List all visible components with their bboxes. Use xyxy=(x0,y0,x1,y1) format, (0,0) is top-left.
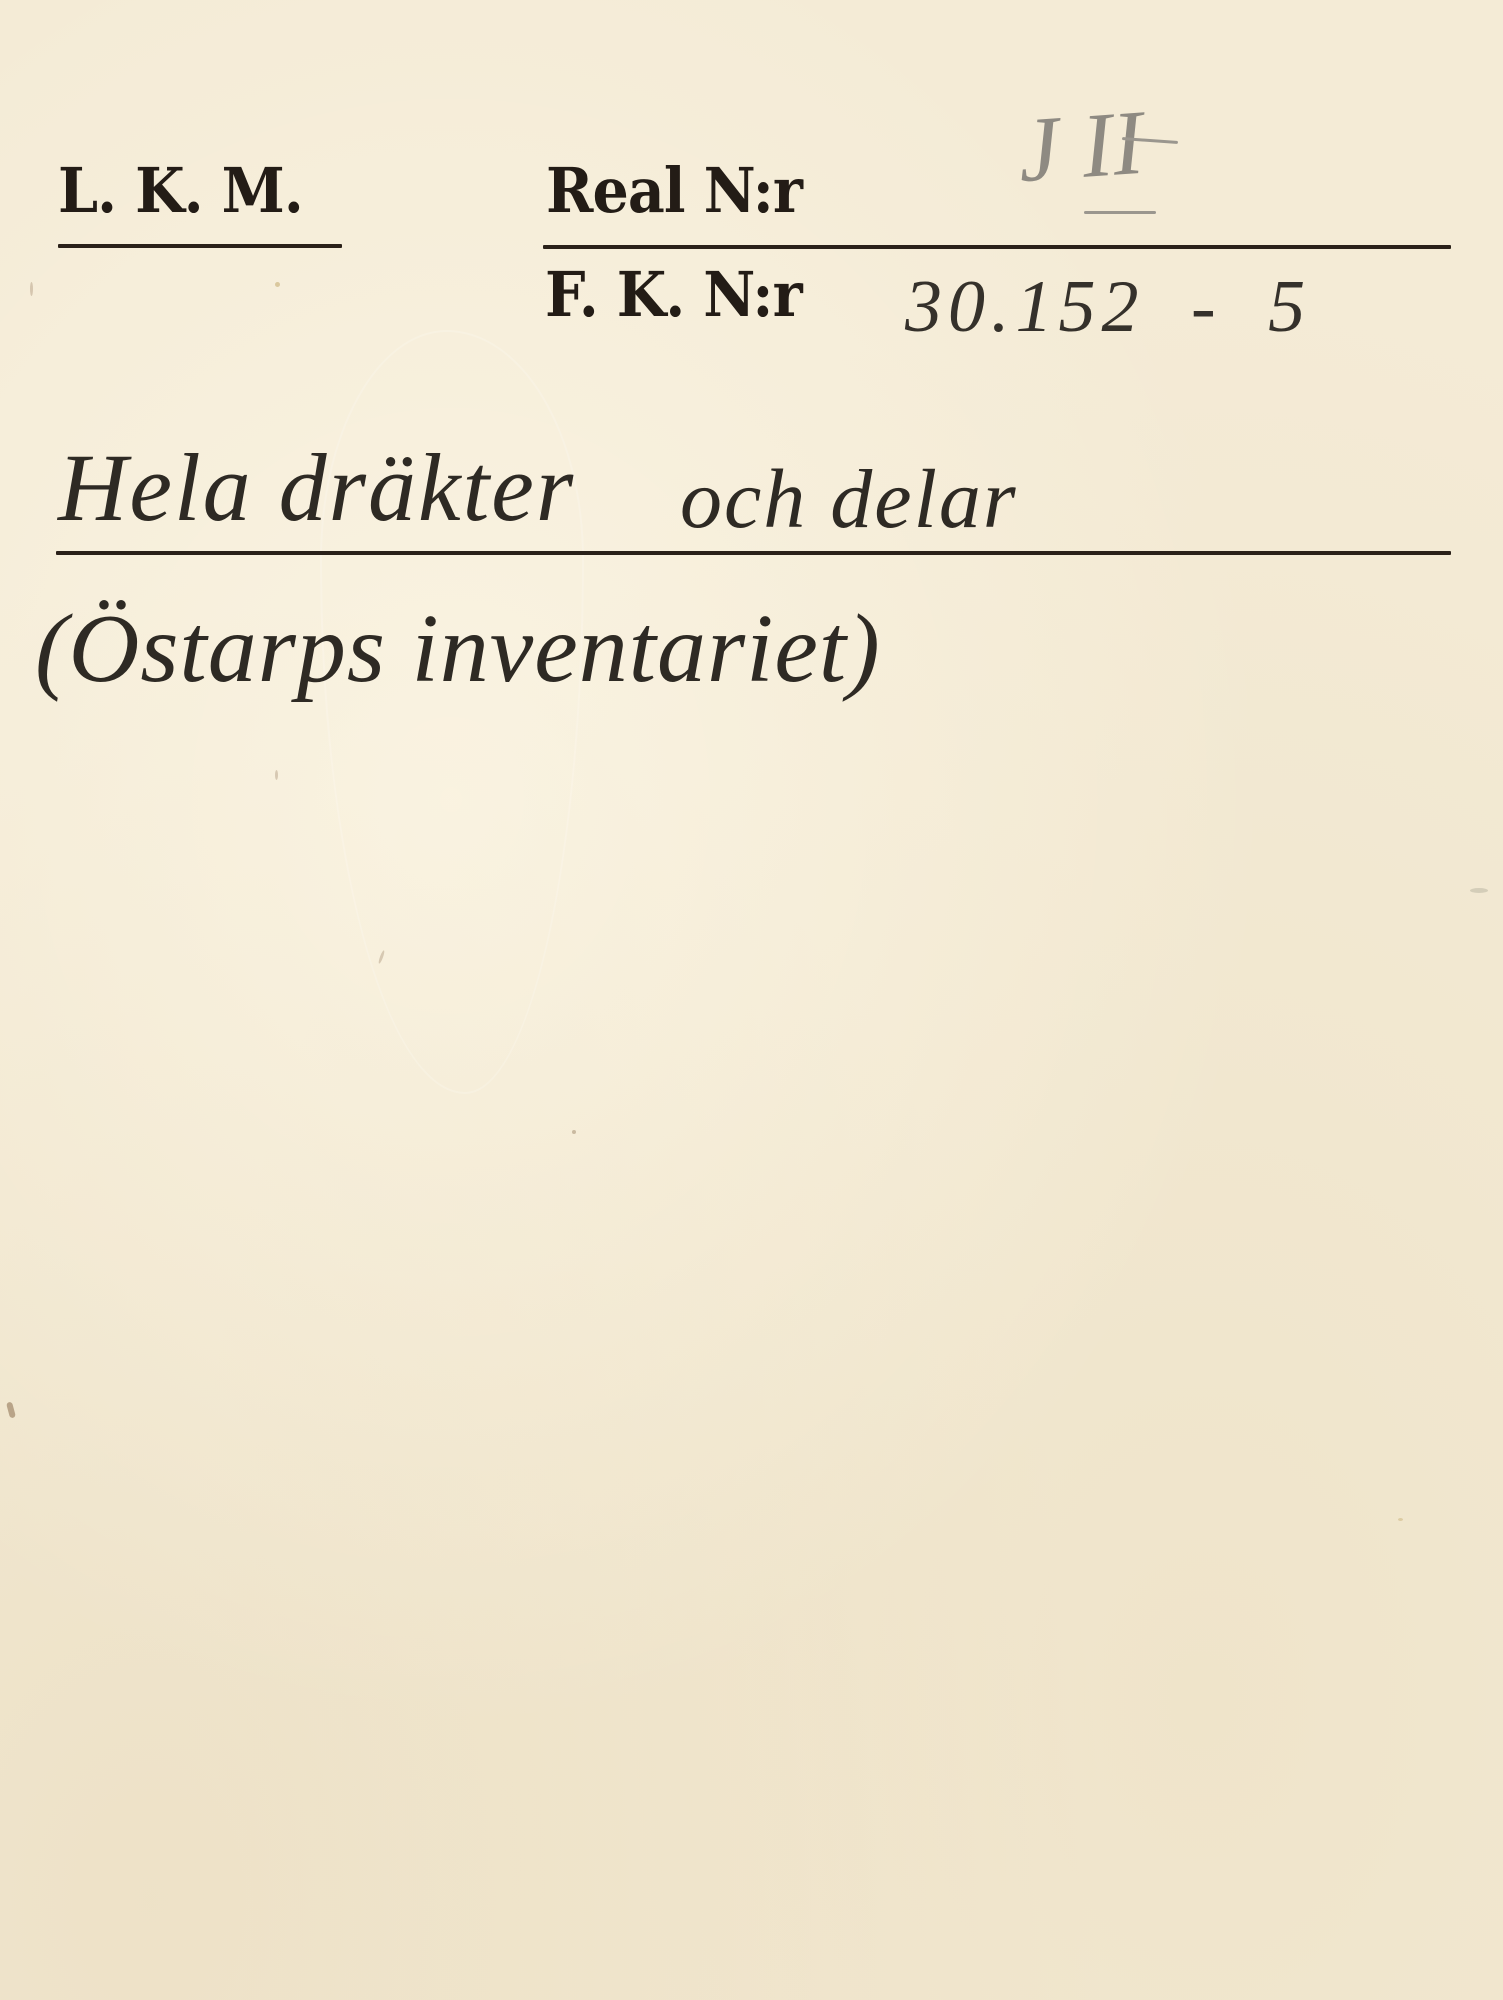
paper-speck xyxy=(1470,888,1488,893)
object-subtitle: (Östarps inventariet) xyxy=(35,600,881,698)
real-number-label: Real N:r xyxy=(546,160,802,222)
pencil-underline xyxy=(1084,211,1156,214)
paper-speck xyxy=(572,1130,576,1134)
paper-speck xyxy=(1398,1518,1403,1521)
object-title-part2: och delar xyxy=(680,458,1018,542)
paper-speck xyxy=(275,282,280,287)
pencil-glyph: J II xyxy=(1015,91,1147,201)
real-number-rule xyxy=(543,245,1451,249)
paper-speck xyxy=(6,1401,16,1418)
catalog-card: L. K. M. Real N:r J II F. K. N:r 30.152 … xyxy=(0,0,1503,2000)
real-number-pencil-value: J II xyxy=(1015,96,1146,197)
fk-number-value: 30.152 - 5 xyxy=(905,270,1311,344)
museum-abbrev-underline xyxy=(58,244,342,248)
title-rule xyxy=(56,551,1451,555)
paper-speck xyxy=(30,282,33,296)
fk-number-label: F. K. N:r xyxy=(545,264,802,326)
paper-speck xyxy=(378,950,386,964)
paper-speck xyxy=(275,770,278,780)
museum-abbrev: L. K. M. xyxy=(58,160,303,222)
object-title-part1: Hela dräkter xyxy=(58,440,575,536)
